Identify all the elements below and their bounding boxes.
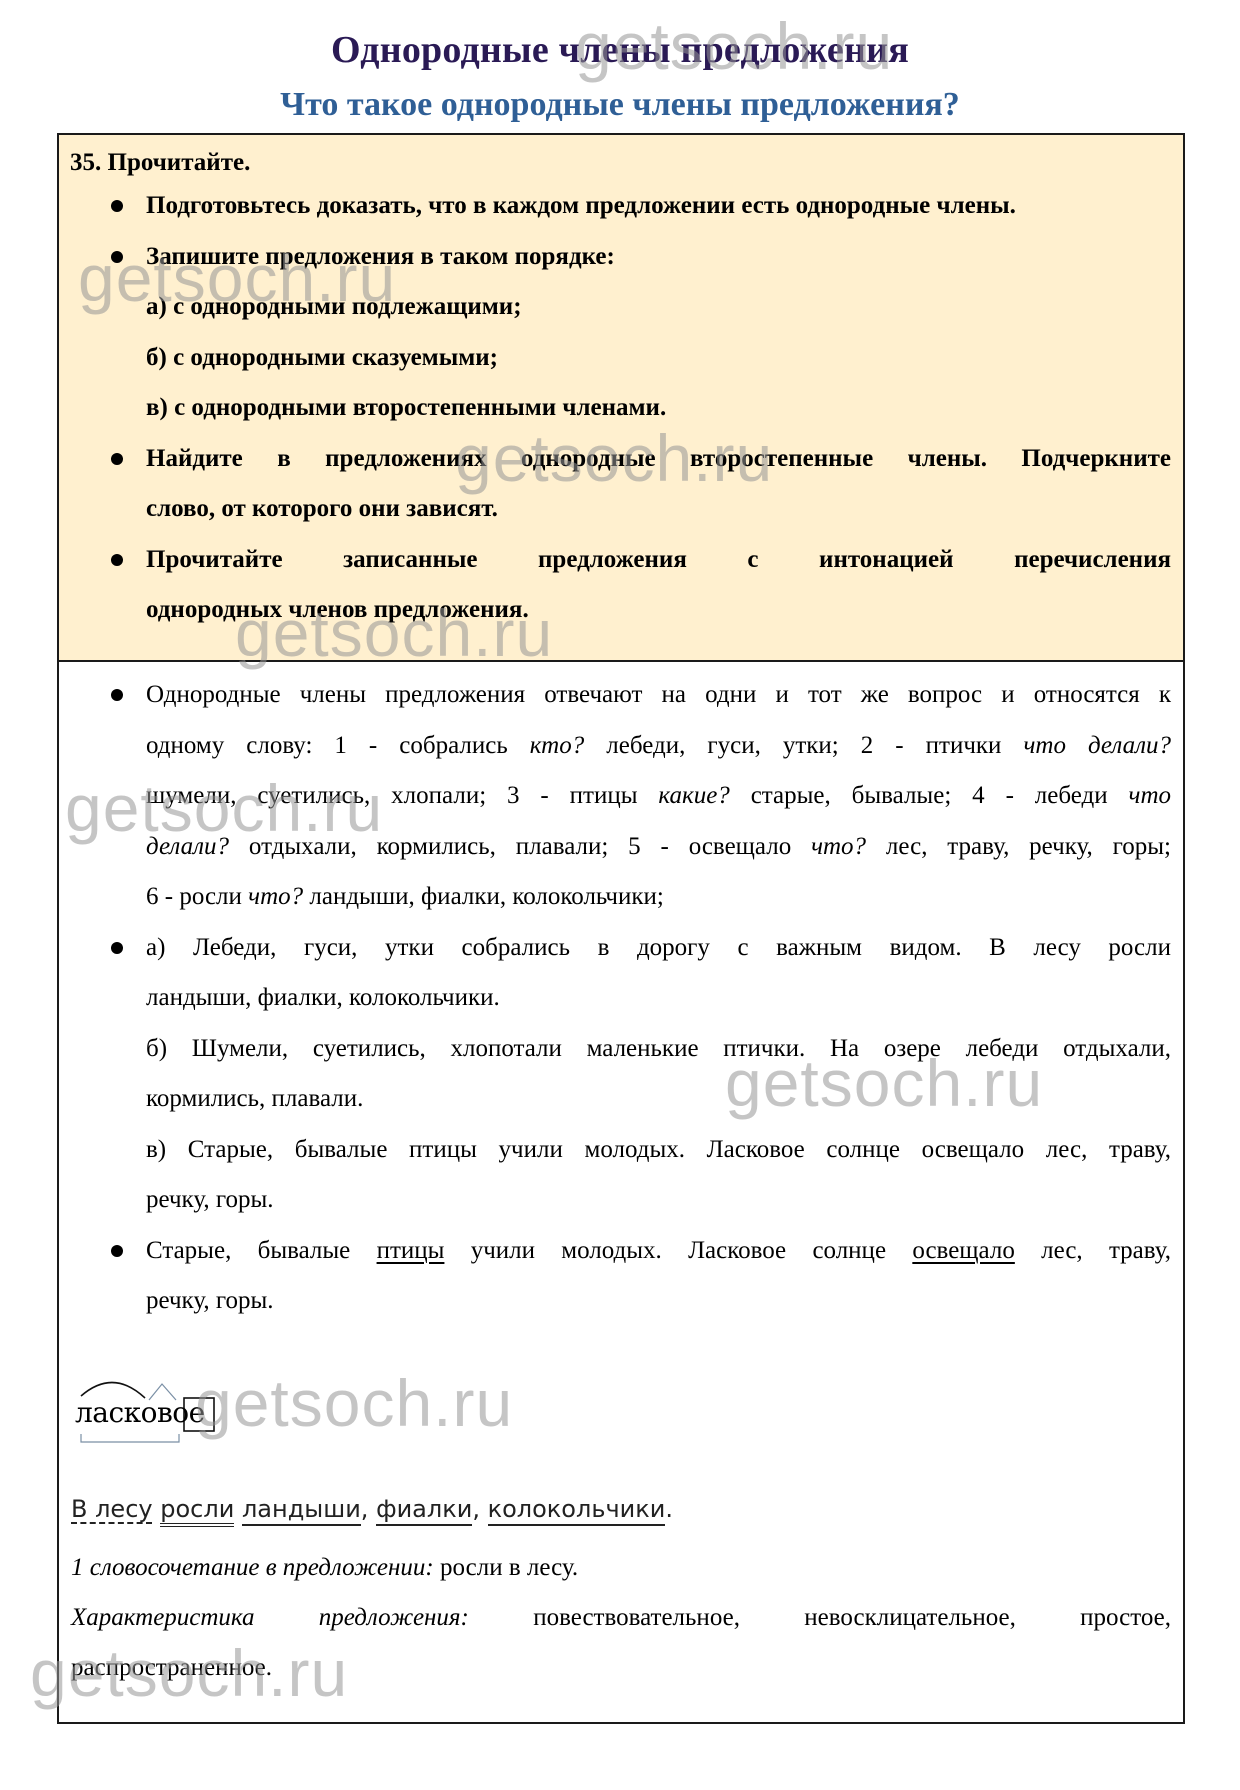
answer-p2-a-line1: а) Лебеди, гуси, утки собрались в дорогу…	[146, 933, 1171, 963]
bullet-icon	[111, 689, 123, 701]
subject-member: ландыши	[242, 1495, 361, 1526]
characteristic-line1: Характеристика предложения: повествовате…	[71, 1603, 1171, 1633]
exercise-box: 35. Прочитайте. Подготовьтесь доказать, …	[57, 133, 1185, 1724]
subject-member: фиалки	[376, 1495, 472, 1526]
task-bullet-1: Подготовьтесь доказать, что в каждом пре…	[146, 191, 1171, 221]
predicate-member: росли	[160, 1495, 234, 1527]
answer-p1-line2: одному слову: 1 - собрались кто? лебеди,…	[146, 731, 1171, 761]
underlined-word: птицы	[377, 1237, 445, 1264]
bullet-icon	[111, 200, 123, 212]
bullet-icon	[111, 942, 123, 954]
answer-p1-line5: 6 - росли что? ландыши, фиалки, колоколь…	[146, 882, 1171, 912]
morpheme-diagram: ласковое	[75, 1372, 235, 1452]
adverbial-member: В лесу	[71, 1495, 153, 1523]
answer-p1-line3: шумели, суетились, хлопали; 3 - птицы ка…	[146, 781, 1171, 811]
page-subtitle: Что такое однородные члены предложения?	[0, 86, 1240, 124]
task-bullet-4-cont: однородных членов предложения.	[146, 595, 1171, 625]
bullet-icon	[111, 554, 123, 566]
characteristic-line2: распространенное.	[71, 1653, 272, 1683]
answer-p2-b-line2: кормились, плавали.	[146, 1084, 1171, 1114]
answer-p3-line2: речку, горы.	[146, 1286, 1171, 1316]
answer-p2-c-line1: в) Старые, бывалые птицы учили молодых. …	[146, 1135, 1171, 1165]
answer-p2-c-line2: речку, горы.	[146, 1185, 1171, 1215]
answer-p2-b-line1: б) Шумели, суетились, хлопотали маленьки…	[146, 1034, 1171, 1064]
answer-p1-line1: Однородные члены предложения отвечают на…	[146, 680, 1171, 710]
morpheme-word: ласковое	[75, 1396, 205, 1429]
exercise-number: 35. Прочитайте.	[70, 149, 250, 177]
answer-p2-a-line2: ландыши, фиалки, колокольчики.	[146, 983, 1171, 1013]
task-subitem-b: б) с однородными сказуемыми;	[146, 343, 1171, 373]
task-bullet-4: Прочитайте записанные предложения с инто…	[146, 545, 1171, 575]
subject-member: колокольчики	[488, 1495, 666, 1526]
bullet-icon	[111, 453, 123, 465]
bullet-icon	[111, 251, 123, 263]
task-subitem-a: а) с однородными подлежащими;	[146, 292, 1171, 322]
task-bullet-2: Запишите предложения в таком порядке:	[146, 242, 1171, 272]
answer-p1-line4: делали? отдыхали, кормились, плавали; 5 …	[146, 832, 1171, 862]
task-bullet-3: Найдите в предложениях однородные второс…	[146, 444, 1171, 474]
answer-p3-line1: Старые, бывалые птицы учили молодых. Лас…	[146, 1236, 1171, 1266]
task-bullet-3-cont: слово, от которого они зависят.	[146, 494, 1171, 524]
page-title: Однородные члены предложения	[0, 28, 1240, 72]
task-subitem-c: в) с однородными второстепенными членами…	[146, 393, 1171, 423]
sentence-parse: В лесу росли ландыши, фиалки, колокольчи…	[71, 1495, 673, 1523]
underlined-word: освещало	[912, 1237, 1015, 1264]
bullet-icon	[111, 1245, 123, 1257]
phrase-line: 1 словосочетание в предложении: росли в …	[71, 1553, 578, 1583]
task-section: 35. Прочитайте. Подготовьтесь доказать, …	[59, 135, 1183, 662]
